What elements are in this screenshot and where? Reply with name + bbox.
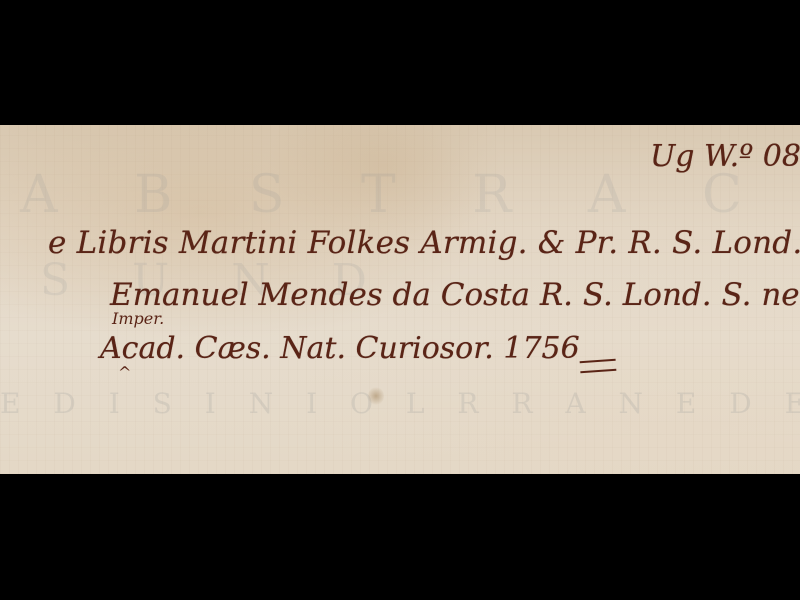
- letterbox-bottom-bar: [0, 474, 800, 600]
- letterbox-top-bar: [0, 0, 800, 125]
- imper-superscript-insertion: Imper.: [112, 309, 164, 328]
- insertion-caret-mark: ^: [118, 363, 131, 382]
- bleed-through-text-lower: E D I S I N I O L R R A N E D E: [0, 387, 800, 420]
- paper-page: A B S T R A C S U N D E D I S I N I O L …: [0, 125, 800, 474]
- shelfmark-inscription: Ug W.º 08: [650, 139, 800, 174]
- paper-stain: [368, 387, 384, 405]
- photo-frame: A B S T R A C S U N D E D I S I N I O L …: [0, 0, 800, 600]
- academy-date-line: Acad. Cæs. Nat. Curiosor. 1756: [100, 331, 580, 366]
- bleed-through-text-upper: A B S T R A C: [20, 165, 772, 225]
- da-costa-ownership-line: Emanuel Mendes da Costa R. S. Lond. S. n…: [110, 277, 800, 313]
- closing-flourish-mark: [580, 359, 617, 373]
- ex-libris-folkes-line: e Libris Martini Folkes Armig. & Pr. R. …: [48, 225, 800, 261]
